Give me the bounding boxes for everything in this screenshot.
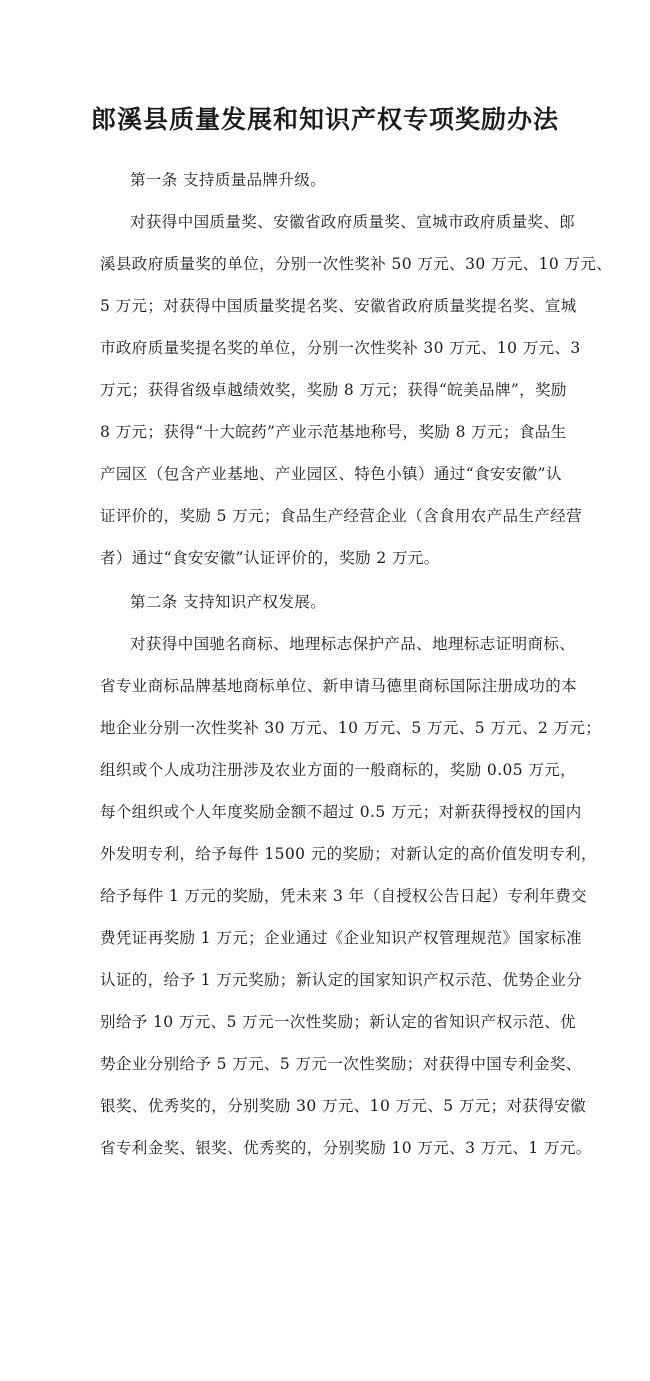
paragraph-line: 地企业分别一次性奖补 30 万元、10 万元、5 万元、5 万元、2 万元；: [100, 716, 560, 738]
paragraph-line: 市政府质量奖提名奖的单位，分别一次性奖补 30 万元、10 万元、3: [100, 336, 560, 358]
paragraph-line: 外发明专利，给予每件 1500 元的奖励；对新认定的高价值发明专利，: [100, 842, 560, 864]
paragraph-line: 别给予 10 万元、5 万元一次性奖励；新认定的省知识产权示范、优: [100, 1010, 560, 1032]
paragraph-line: 对获得中国驰名商标、地理标志保护产品、地理标志证明商标、: [130, 632, 560, 654]
paragraph-line: 产园区（包含产业基地、产业园区、特色小镇）通过“食安安徽”认: [100, 462, 560, 484]
paragraph-line: 8 万元；获得“十大皖药”产业示范基地称号，奖励 8 万元；食品生: [100, 420, 560, 442]
paragraph-line: 万元；获得省级卓越绩效奖，奖励 8 万元；获得“皖美品牌”，奖励: [100, 378, 560, 400]
paragraph-line: 溪县政府质量奖的单位，分别一次性奖补 50 万元、30 万元、10 万元、: [100, 252, 560, 274]
article-1-heading: 第一条 支持质量品牌升级。: [130, 168, 590, 190]
paragraph-line: 银奖、优秀奖的，分别奖励 30 万元、10 万元、5 万元；对获得安徽: [100, 1094, 560, 1116]
paragraph-line: 认证的，给予 1 万元奖励；新认定的国家知识产权示范、优势企业分: [100, 968, 560, 990]
document-title: 郎溪县质量发展和知识产权专项奖励办法: [0, 100, 650, 136]
paragraph-line: 对获得中国质量奖、安徽省政府质量奖、宣城市政府质量奖、郎: [130, 210, 560, 232]
article-2-heading: 第二条 支持知识产权发展。: [130, 590, 590, 612]
paragraph-line: 组织或个人成功注册涉及农业方面的一般商标的，奖励 0.05 万元，: [100, 758, 560, 780]
paragraph-line: 省专利金奖、银奖、优秀奖的，分别奖励 10 万元、3 万元、1 万元。: [100, 1136, 560, 1158]
paragraph-line: 势企业分别给予 5 万元、5 万元一次性奖励；对获得中国专利金奖、: [100, 1052, 560, 1074]
paragraph-line: 费凭证再奖励 1 万元；企业通过《企业知识产权管理规范》国家标准: [100, 926, 560, 948]
paragraph-line: 给予每件 1 万元的奖励，凭未来 3 年（自授权公告日起）专利年费交: [100, 884, 560, 906]
paragraph-line: 证评价的，奖励 5 万元；食品生产经营企业（含食用农产品生产经营: [100, 504, 560, 526]
paragraph-line: 每个组织或个人年度奖励金额不超过 0.5 万元；对新获得授权的国内: [100, 800, 560, 822]
paragraph-line: 5 万元；对获得中国质量奖提名奖、安徽省政府质量奖提名奖、宣城: [100, 294, 560, 316]
paragraph-line: 者）通过“食安安徽”认证评价的，奖励 2 万元。: [100, 546, 560, 568]
paragraph-line: 省专业商标品牌基地商标单位、新申请马德里商标国际注册成功的本: [100, 674, 560, 696]
